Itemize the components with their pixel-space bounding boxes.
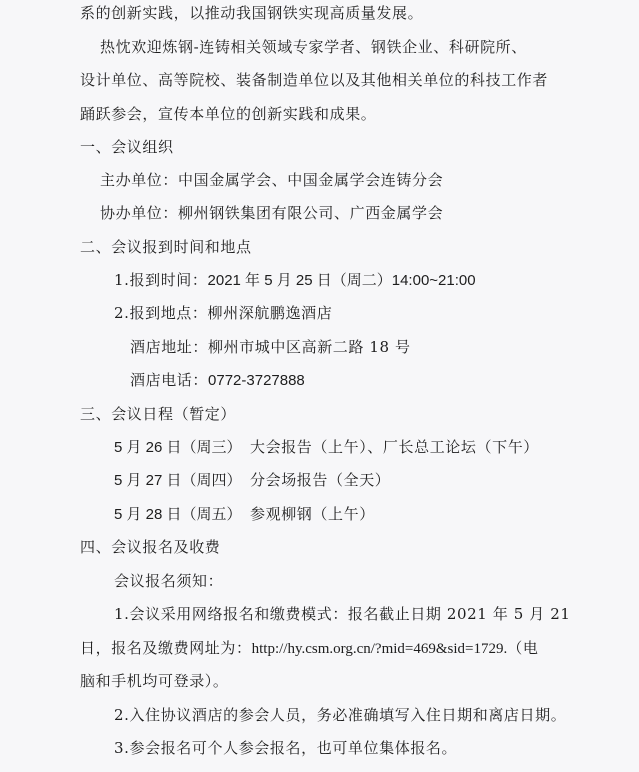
section-1-heading: 一、会议组织	[80, 137, 174, 157]
intro-line: 系的创新实践，以推动我国钢铁实现高质量发展。	[80, 3, 423, 23]
registration-item-2: 2.入住协议酒店的参会人员，务必准确填写入住日期和离店日期。	[114, 705, 566, 725]
welcome-paragraph-line-1: 热忱欢迎炼钢-连铸相关领域专家学者、钢铁企业、科研院所、	[100, 37, 527, 57]
schedule-item: 5 月 27 日（周四）分会场报告（全天）	[114, 470, 390, 491]
schedule-date: 5 月 28 日（周五）	[114, 505, 250, 525]
schedule-item: 5 月 26 日（周三）大会报告（上午）、厂长总工论坛（下午）	[114, 437, 539, 458]
registration-url-link[interactable]: http://hy.csm.org.cn/?mid=469&sid=1729.	[252, 641, 508, 657]
document-page: 系的创新实践，以推动我国钢铁实现高质量发展。 热忱欢迎炼钢-连铸相关领域专家学者…	[0, 0, 639, 772]
registration-item-3: 3.参会报名可个人参会报名，也可单位集体报名。	[114, 738, 457, 758]
registration-item-1-line-3: 脑和手机均可登录）。	[80, 671, 229, 691]
registration-notice-title: 会议报名须知：	[114, 571, 223, 591]
schedule-item: 5 月 28 日（周五）参观柳钢（上午）	[114, 504, 375, 525]
section-2-heading: 二、会议报到时间和地点	[80, 237, 252, 257]
section-4-heading: 四、会议报名及收费	[80, 537, 220, 557]
registration-item-1-line-1: 1.会议采用网络报名和缴费模式：报名截止日期 2021 年 5 月 21	[114, 604, 571, 624]
welcome-paragraph-line-2: 设计单位、高等院校、装备制造单位以及其他相关单位的科技工作者	[80, 70, 548, 90]
registration-item-1-line-2: 日，报名及缴费网址为：http://hy.csm.org.cn/?mid=469…	[80, 638, 538, 659]
co-organizer: 协办单位：柳州钢铁集团有限公司、广西金属学会	[100, 203, 443, 223]
hotel-phone-number: 0772-3727888	[208, 372, 305, 389]
checkin-time: 1.报到时间：2021 年 5 月 25 日（周二）14:00~21:00	[114, 270, 476, 291]
schedule-date: 5 月 26 日（周三）	[114, 438, 250, 458]
hotel-address: 酒店地址：柳州市城中区高新二路 18 号	[130, 337, 411, 357]
schedule-date: 5 月 27 日（周四）	[114, 471, 250, 491]
checkin-time-label: 1.报到时间：	[114, 271, 208, 289]
schedule-event: 参观柳钢（上午）	[250, 505, 375, 523]
schedule-event: 大会报告（上午）、厂长总工论坛（下午）	[250, 438, 539, 456]
section-3-heading: 三、会议日程（暂定）	[80, 404, 236, 424]
registration-url-suffix: （电	[507, 639, 538, 657]
hotel-phone-label: 酒店电话：	[130, 371, 208, 389]
registration-url-label: 日，报名及缴费网址为：	[80, 639, 252, 657]
checkin-time-value: 2021 年 5 月 25 日（周二）14:00~21:00	[208, 272, 476, 289]
schedule-event: 分会场报告（全天）	[250, 471, 390, 489]
welcome-paragraph-line-3: 踊跃参会，宣传本单位的创新实践和成果。	[80, 104, 376, 124]
hotel-phone: 酒店电话：0772-3727888	[130, 370, 305, 391]
checkin-place: 2.报到地点：柳州深航鹏逸酒店	[114, 303, 332, 323]
host-organizer: 主办单位：中国金属学会、中国金属学会连铸分会	[100, 170, 443, 190]
